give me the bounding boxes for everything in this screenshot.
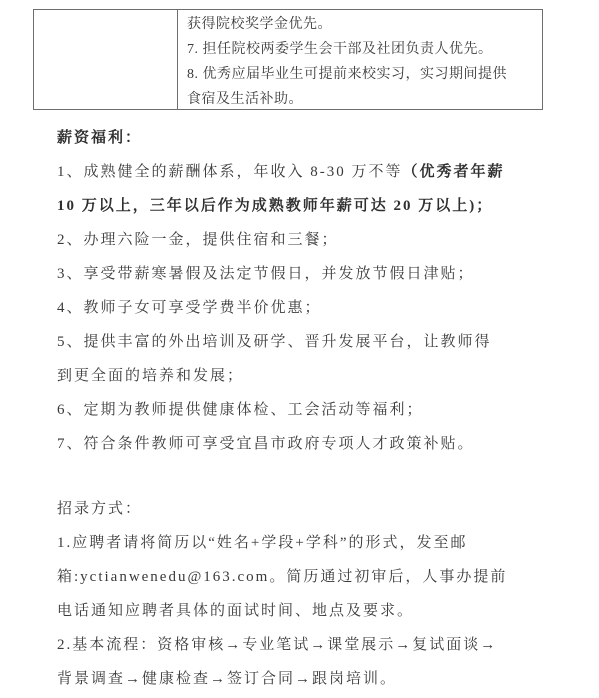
text-line: 薪资福利： [57,121,557,155]
text-segment: 4、教师子女可享受学费半价优惠； [57,300,322,316]
text-line: 6、定期为教师提供健康体检、工会活动等福利； [57,393,557,427]
text-line: 电话通知应聘者具体的面试时间、地点及要求。 [57,594,557,628]
table-cell-left [34,10,178,109]
text-line: 2、办理六险一金，提供住宿和三餐； [57,223,557,257]
text-line: 背景调查→健康检查→签订合同→跟岗培训。 [57,662,557,696]
salary-benefits-section: 薪资福利：1、成熟健全的薪酬体系，年收入 8-30 万不等（优秀者年薪10 万以… [57,121,557,461]
text-line: 到更全面的培养和发展； [57,359,557,393]
text-segment: 7、符合条件教师可享受宜昌市政府专项人才政策补贴。 [57,436,475,452]
bold-text-segment: （优秀者年薪 [403,164,505,180]
bold-text-segment: 薪资福利： [57,130,142,146]
text-segment: 6、定期为教师提供健康体检、工会活动等福利； [57,402,424,418]
text-line: 招录方式： [57,492,557,526]
text-segment: 5、提供丰富的外出培训及研学、晋升发展平台，让教师得 [57,334,492,350]
text-segment: 2、办理六险一金，提供住宿和三餐； [57,232,339,248]
text-segment: 箱:yctianwenedu@163.com。简历通过初审后，人事办提前 [57,569,507,585]
bold-text-segment: 10 万以上，三年以后作为成熟教师年薪可达 20 万以上)； [57,198,493,214]
text-line: 获得院校奖学金优先。 [187,12,536,37]
table-cell-right: 获得院校奖学金优先。7. 担任院校两委学生会干部及社团负责人优先。8. 优秀应届… [178,10,542,109]
document-page: 获得院校奖学金优先。7. 担任院校两委学生会干部及社团负责人优先。8. 优秀应届… [0,0,599,698]
text-line: 箱:yctianwenedu@163.com。简历通过初审后，人事办提前 [57,560,557,594]
info-table: 获得院校奖学金优先。7. 担任院校两委学生会干部及社团负责人优先。8. 优秀应届… [33,9,543,110]
text-line: 7、符合条件教师可享受宜昌市政府专项人才政策补贴。 [57,427,557,461]
text-line: 7. 担任院校两委学生会干部及社团负责人优先。 [187,37,536,62]
text-line: 1.应聘者请将简历以“姓名+学段+学科”的形式，发至邮 [57,526,557,560]
text-line: 8. 优秀应届毕业生可提前来校实习，实习期间提供 [187,62,536,87]
text-line: 食宿及生活补助。 [187,87,536,109]
text-segment: 1、成熟健全的薪酬体系，年收入 8-30 万不等 [57,164,403,180]
text-segment: 1.应聘者请将简历以“姓名+学段+学科”的形式，发至邮 [57,535,468,551]
text-line: 1、成熟健全的薪酬体系，年收入 8-30 万不等（优秀者年薪 [57,155,557,189]
recruitment-method-section: 招录方式：1.应聘者请将简历以“姓名+学段+学科”的形式，发至邮箱:yctian… [57,492,557,696]
text-segment: 背景调查→健康检查→签订合同→跟岗培训。 [57,671,397,687]
text-line: 4、教师子女可享受学费半价优惠； [57,291,557,325]
text-segment: 2.基本流程：资格审核→专业笔试→课堂展示→复试面谈→ [57,637,497,653]
text-segment: 3、享受带薪寒暑假及法定节假日，并发放节假日津贴； [57,266,475,282]
text-line: 3、享受带薪寒暑假及法定节假日，并发放节假日津贴； [57,257,557,291]
text-line: 10 万以上，三年以后作为成熟教师年薪可达 20 万以上)； [57,189,557,223]
text-segment: 到更全面的培养和发展； [57,368,244,384]
text-line: 2.基本流程：资格审核→专业笔试→课堂展示→复试面谈→ [57,628,557,662]
text-line: 5、提供丰富的外出培训及研学、晋升发展平台，让教师得 [57,325,557,359]
text-segment: 电话通知应聘者具体的面试时间、地点及要求。 [57,603,414,619]
text-segment: 招录方式： [57,501,142,517]
